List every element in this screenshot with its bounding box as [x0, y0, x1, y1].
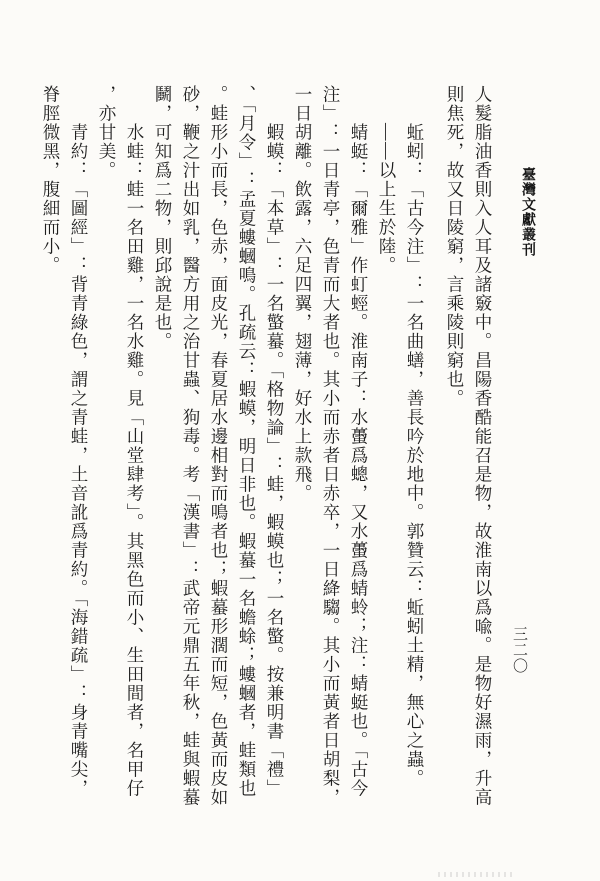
text-column: 注」：一日青亭，色青而大者也。其小而赤者日赤卒，一日絳騶。其小而黃者日胡梨， — [317, 85, 345, 830]
text-column-entry-toad: 蝦蟆：「本草」：一名蟼蟇。「格物論」：蛙，蝦蟆也；一名蟼。按兼明書「禮」 — [261, 85, 289, 830]
book-page: 臺灣文獻叢刊 三二〇 人髮脂油香則入人耳及諸竅中。昌陽香酷能召是物，故淮南以爲喩… — [0, 0, 600, 881]
text-column-entry-dragonfly: 蜻蜓：「爾雅」作虰蛵。淮南子：水蠆爲蟌，又水蠆爲蜻蛉；注：蜻蜓也。「古今 — [345, 85, 373, 830]
series-masthead: 臺灣文獻叢刊 — [517, 167, 537, 257]
text-column-entry-green-frog: 青約：「圖經」：背青綠色，謂之青蛙，土音訛爲青約。「海錯疏」：身青嘴尖， — [65, 85, 93, 830]
text-column: ，亦甘美。 — [93, 85, 121, 830]
text-column: 則焦死，故又日陵窮，言乘陵則窮也。 — [441, 85, 469, 830]
text-column: 。蛙形小而長，色赤，面皮光，春夏居水邊相對而鳴者也；蝦蟇形濶而短，色黃而皮如 — [205, 85, 233, 830]
text-column: 一日胡離。飲露，六足四翼，翅薄，好水上款飛。 — [289, 85, 317, 830]
page-number: 三二〇 — [509, 626, 530, 674]
text-column: 、「月令」：孟夏螻蟈鳴。孔疏云：蝦蟆，明日非也。蝦蟇一名蟾蜍；螻蟈者，蛙類也 — [233, 85, 261, 830]
text-column: 脊脛微黑，腹細而小。 — [37, 85, 65, 830]
text-block: 人髮脂油香則入人耳及諸竅中。昌陽香酷能召是物，故淮南以爲喩。是物好濕雨，升高 則… — [37, 85, 497, 830]
text-column: 砂，鞭之汁出如乳，醫方用之治甘蟲、狗毒。考「漢書」：武帝元鼎五年秋，蛙與蝦蟇 — [177, 85, 205, 830]
text-column: 人髮脂油香則入人耳及諸竅中。昌陽香酷能召是物，故淮南以爲喩。是物好濕雨，升高 — [469, 85, 497, 830]
text-column-entry-water-frog: 水蛙：蛙一名田雞，一名水雞。見「山堂肆考」。其黑色而小、生田間者，名甲仔 — [121, 85, 149, 830]
text-column-section-end: ——以上生於陸。 — [373, 85, 401, 830]
text-column-entry-earthworm: 蚯蚓：「古今注」：一名曲蟮，善長吟於地中。郭贊云：蚯蚓土精，無心之蟲。 — [401, 85, 429, 830]
scan-artifact — [438, 872, 516, 877]
text-column: 鬭，可知爲二物，則邱說是也。 — [149, 85, 177, 830]
